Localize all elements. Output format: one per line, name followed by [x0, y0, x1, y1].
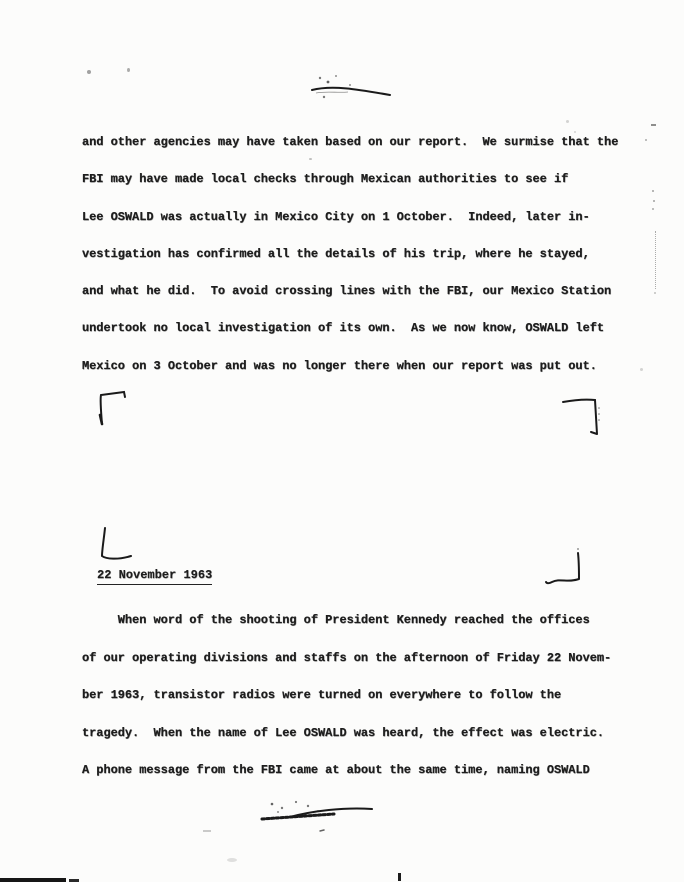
scan-speck: [652, 190, 654, 192]
text-line: of our operating divisions and staffs on…: [82, 640, 611, 678]
scan-tick-mark: [398, 873, 401, 881]
bracket-mark-bottom-right: [540, 546, 590, 592]
scan-speck: [652, 208, 654, 210]
text-line: ber 1963, transistor radios were turned …: [82, 677, 611, 715]
text-line: Mexico on 3 October and was no longer th…: [82, 348, 618, 385]
scan-speck: [566, 120, 569, 123]
text-line: FBI may have made local checks through M…: [82, 161, 618, 198]
text-line: tragedy. When the name of Lee OSWALD was…: [82, 715, 611, 753]
bracket-mark-top-left: [94, 386, 134, 428]
scan-speck: [645, 139, 647, 141]
scan-speck: [651, 124, 656, 126]
scan-dotted-edge-line: [655, 231, 657, 289]
scan-smudge: [227, 858, 237, 862]
scan-edge-bar: [0, 878, 66, 882]
text-line: vestigation has confirmed all the detail…: [82, 236, 618, 273]
text-line: When word of the shooting of President K…: [82, 602, 611, 640]
bracket-mark-top-right: [556, 392, 606, 444]
scan-speck: [574, 131, 576, 133]
text-line: Lee OSWALD was actually in Mexico City o…: [82, 199, 618, 236]
text-line: and other agencies may have taken based …: [82, 124, 618, 161]
scan-speck: [127, 68, 130, 72]
scan-speck: [654, 292, 656, 294]
heading-text: 22 November 1963: [97, 568, 212, 585]
scan-edge-dash: [69, 879, 79, 882]
text-line: undertook no local investigation of its …: [82, 310, 618, 347]
scan-speck: [653, 200, 655, 202]
scribble-mark-top: [306, 70, 398, 106]
scan-speck: [87, 70, 91, 74]
scan-speck: [203, 830, 211, 832]
scan-speck: [640, 368, 643, 371]
scan-speck: [309, 158, 312, 160]
bracket-mark-bottom-left: [94, 524, 140, 566]
scribble-mark-bottom: [252, 796, 384, 840]
text-line: and what he did. To avoid crossing lines…: [82, 273, 618, 310]
section-heading-date: 22 November 1963: [97, 565, 212, 585]
paragraph-kennedy-shooting: When word of the shooting of President K…: [82, 602, 611, 790]
paragraph-oswald-mexico: and other agencies may have taken based …: [82, 124, 618, 385]
text-line: A phone message from the FBI came at abo…: [82, 752, 611, 790]
scanned-document-page: and other agencies may have taken based …: [0, 0, 684, 882]
